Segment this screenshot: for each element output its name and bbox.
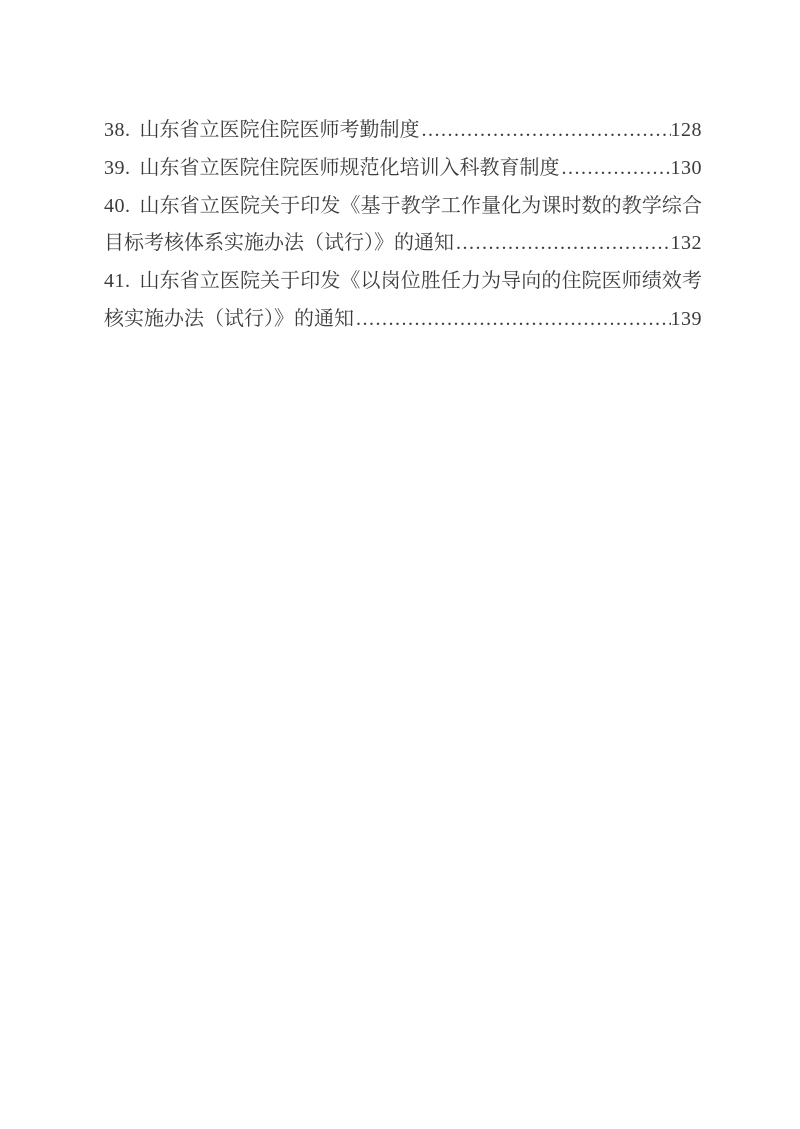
toc-entry-40-line-2[interactable]: 目标考核体系实施办法（试行）》的通知 .....................…	[104, 225, 702, 263]
page-number: 130	[671, 150, 703, 188]
entry-number: 40.	[104, 188, 131, 226]
toc-entry-38[interactable]: 38. 山东省立医院住院医师考勤制度 .....................…	[104, 112, 702, 150]
entry-title: 目标考核体系实施办法（试行）》的通知	[104, 225, 454, 263]
entry-title: 山东省立医院关于印发《基于教学工作量化为课时数的教学综合	[140, 188, 703, 226]
page-number: 139	[671, 301, 703, 339]
toc-entry-41-line-1[interactable]: 41. 山东省立医院关于印发《以岗位胜任力为导向的住院医师绩效考	[104, 263, 702, 301]
dot-leader: ........................................…	[560, 150, 671, 188]
toc-entry-39[interactable]: 39. 山东省立医院住院医师规范化培训入科教育制度 ..............…	[104, 150, 702, 188]
entry-title: 山东省立医院住院医师考勤制度	[140, 112, 420, 150]
entry-title: 核实施办法（试行）》的通知	[104, 301, 354, 339]
toc-entry-40-line-1[interactable]: 40. 山东省立医院关于印发《基于教学工作量化为课时数的教学综合	[104, 188, 702, 226]
page-number: 132	[671, 225, 703, 263]
entry-title: 山东省立医院关于印发《以岗位胜任力为导向的住院医师绩效考	[140, 263, 703, 301]
table-of-contents: 38. 山东省立医院住院医师考勤制度 .....................…	[104, 112, 702, 339]
toc-entry-41-line-2[interactable]: 核实施办法（试行）》的通知 ..........................…	[104, 301, 702, 339]
entry-number: 41.	[104, 263, 131, 301]
entry-number: 39.	[104, 150, 131, 188]
entry-title: 山东省立医院住院医师规范化培训入科教育制度	[140, 150, 560, 188]
dot-leader: ........................................…	[420, 112, 671, 150]
document-page: 38. 山东省立医院住院医师考勤制度 .....................…	[0, 0, 800, 1129]
entry-number: 38.	[104, 112, 131, 150]
dot-leader: ........................................…	[354, 301, 671, 339]
page-number: 128	[671, 112, 703, 150]
dot-leader: ........................................…	[454, 225, 671, 263]
